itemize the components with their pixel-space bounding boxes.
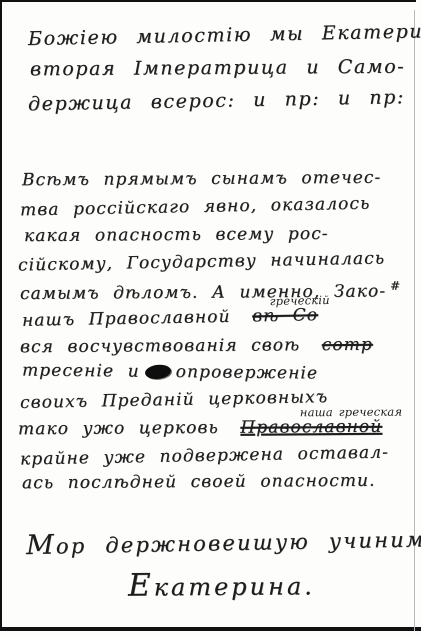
body-line-3: какая опасность всему рос- bbox=[24, 224, 329, 246]
scan-border-top bbox=[0, 0, 416, 2]
body-line-text: вся восчувствованія своѣ bbox=[20, 335, 300, 357]
manuscript-scan: Божіею милостію мы Екатерина вторая Імпе… bbox=[0, 0, 421, 636]
body-line-8: тресеніе иопроверженіе bbox=[22, 360, 318, 383]
body-line-7: вся восчувствованія своѣ сотр bbox=[20, 335, 373, 357]
body-line-10: тако ужо церковь наша греческая Правосла… bbox=[18, 417, 382, 440]
body-line-text: самымъ дѣломъ. А именно, Зако- bbox=[20, 281, 386, 304]
body-line-4: сійскому, Государству начиналась bbox=[18, 248, 385, 275]
header-line-3: держица всерос: и пр: и пр: и пр: bbox=[28, 85, 421, 116]
scan-border-left bbox=[0, 0, 2, 631]
body-line-text: опроверженіе bbox=[176, 362, 319, 383]
body-line-9: своихъ Преданій церковныхъ bbox=[20, 387, 329, 413]
inserted-word: греческій bbox=[270, 293, 330, 308]
body-line-text: крайне уже подвержена оставал- bbox=[20, 442, 389, 469]
body-line-text: нашъ Православной bbox=[22, 307, 231, 331]
inserted-word: наша греческая bbox=[300, 405, 402, 420]
header-line-2: вторая Імператрица и Само- bbox=[30, 56, 405, 81]
body-line-text: сійскому, Государству начиналась bbox=[18, 248, 385, 275]
body-line-text: своихъ Преданій церковныхъ bbox=[20, 387, 329, 413]
body-line-12: ась послѣдней своей опасности. bbox=[22, 471, 376, 493]
body-line-6: нашъ Православной греческій вѣ Со bbox=[22, 305, 319, 331]
header-line-1: Божіею милостію мы Екатерина bbox=[28, 20, 421, 50]
body-line-text: тако ужо церковь bbox=[18, 418, 219, 439]
struck-word: Православной bbox=[240, 417, 382, 438]
ink-blot-icon bbox=[144, 363, 171, 380]
body-line-text: Всѣмъ прямымъ сынамъ отечес- bbox=[22, 168, 381, 191]
body-line-text: тресеніе и bbox=[22, 360, 140, 381]
body-line-text: ась послѣдней своей опасности. bbox=[22, 471, 376, 493]
body-line-11: крайне уже подвержена оставал- bbox=[20, 442, 389, 469]
body-line-2: тва россійскаго явно, оказалось bbox=[20, 194, 371, 221]
closing-line: Мор держновеишую учинимъ. bbox=[26, 522, 421, 561]
scan-border-bottom bbox=[0, 627, 421, 631]
insertion-caret-icon: # bbox=[390, 279, 401, 293]
struck-word: сотр bbox=[322, 335, 373, 355]
struck-word: вѣ Со bbox=[252, 305, 318, 326]
body-line-text: тва россійскаго явно, оказалось bbox=[20, 194, 371, 221]
body-line-1: Всѣмъ прямымъ сынамъ отечес- bbox=[22, 168, 381, 191]
body-line-text: какая опасность всему рос- bbox=[24, 224, 329, 246]
body-line-5: самымъ дѣломъ. А именно, Зако-# bbox=[20, 279, 401, 304]
signature: Екатерина. bbox=[128, 566, 315, 603]
